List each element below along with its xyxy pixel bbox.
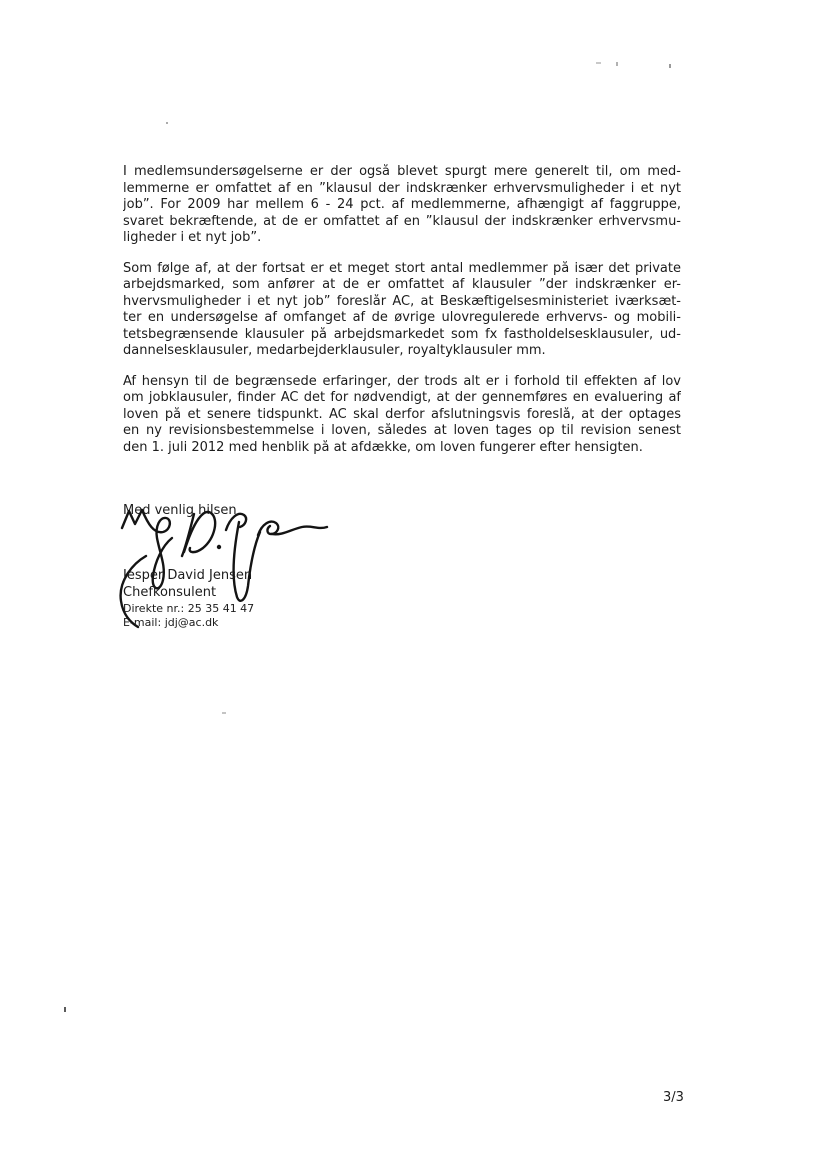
scan-speck: [669, 64, 671, 68]
page-number: 3/3: [663, 1090, 684, 1105]
text-line: dannelsesklausuler, medarbejderklausuler…: [123, 343, 681, 360]
text-line: Af hensyn til de begrænsede erfaringer, …: [123, 374, 681, 391]
signature-stroke: [258, 522, 278, 535]
text-line: tetsbegrænsende klausuler på arbejdsmark…: [123, 327, 681, 344]
paragraph: I medlemsundersøgelserne er der også ble…: [123, 164, 681, 247]
text-line: job”. For 2009 har mellem 6 - 24 pct. af…: [123, 197, 681, 214]
scan-speck: [166, 122, 168, 124]
text-line: lemmerne er omfattet af en ”klausul der …: [123, 181, 681, 198]
signature-dot: [217, 545, 221, 549]
text-line: loven på et senere tidspunkt. AC skal de…: [123, 407, 681, 424]
paragraph: Som følge af, at der fortsat er et meget…: [123, 261, 681, 360]
text-line: den 1. juli 2012 med henblik på at afdæk…: [123, 440, 681, 457]
text-line: hvervsmuligheder i et nyt job” foreslår …: [123, 294, 681, 311]
text-line: arbejdsmarked, som anfører at de er omfa…: [123, 277, 681, 294]
paragraph: Af hensyn til de begrænsede erfaringer, …: [123, 374, 681, 457]
signature-stroke: [122, 510, 142, 528]
sender-phone: Direkte nr.: 25 35 41 47: [123, 602, 254, 615]
sender-title: Chefkonsulent: [123, 585, 216, 600]
sender-email: E-mail: jdj@ac.dk: [123, 616, 218, 629]
sender-name: Jesper David Jensen: [123, 568, 252, 583]
text-line: ligheder i et nyt job”.: [123, 230, 681, 247]
text-line: ter en undersøgelse af omfanget af de øv…: [123, 310, 681, 327]
signature-stroke: [234, 522, 260, 601]
scan-speck: [64, 1007, 66, 1012]
scan-speck: [596, 62, 601, 64]
text-line: svaret bekræftende, at de er omfattet af…: [123, 214, 681, 231]
signature-stroke: [226, 514, 246, 530]
text-line: om jobklausuler, finder AC det for nødve…: [123, 390, 681, 407]
letter-page: I medlemsundersøgelserne er der også ble…: [0, 0, 826, 1169]
signature-stroke: [272, 527, 327, 535]
scan-speck: [616, 62, 618, 66]
text-line: Som følge af, at der fortsat er et meget…: [123, 261, 681, 278]
scan-speck: [222, 712, 226, 714]
text-line: en ny revisionsbestemmelse i loven, såle…: [123, 423, 681, 440]
letter-body: I medlemsundersøgelserne er der også ble…: [123, 164, 681, 470]
text-line: I medlemsundersøgelserne er der også ble…: [123, 164, 681, 181]
